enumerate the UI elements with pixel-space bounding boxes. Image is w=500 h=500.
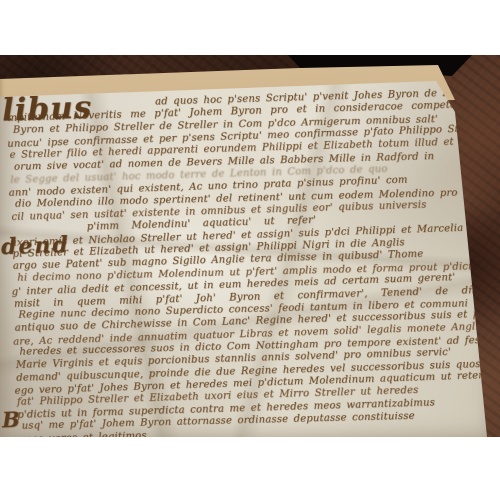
vellum-deed: ad quos hoc p'sens Scriptu' p'venit Johe… bbox=[0, 55, 500, 437]
large-initial-b: B bbox=[2, 407, 22, 433]
auction-photo-page: ad quos hoc p'sens Scriptu' p'venit Johe… bbox=[0, 0, 500, 500]
manuscript-text: ad quos hoc p'sens Scriptu' p'venit Johe… bbox=[5, 87, 499, 437]
photo-of-deed: ad quos hoc p'sens Scriptu' p'venit Johe… bbox=[0, 55, 500, 437]
large-initial-dend: dend bbox=[1, 232, 71, 260]
